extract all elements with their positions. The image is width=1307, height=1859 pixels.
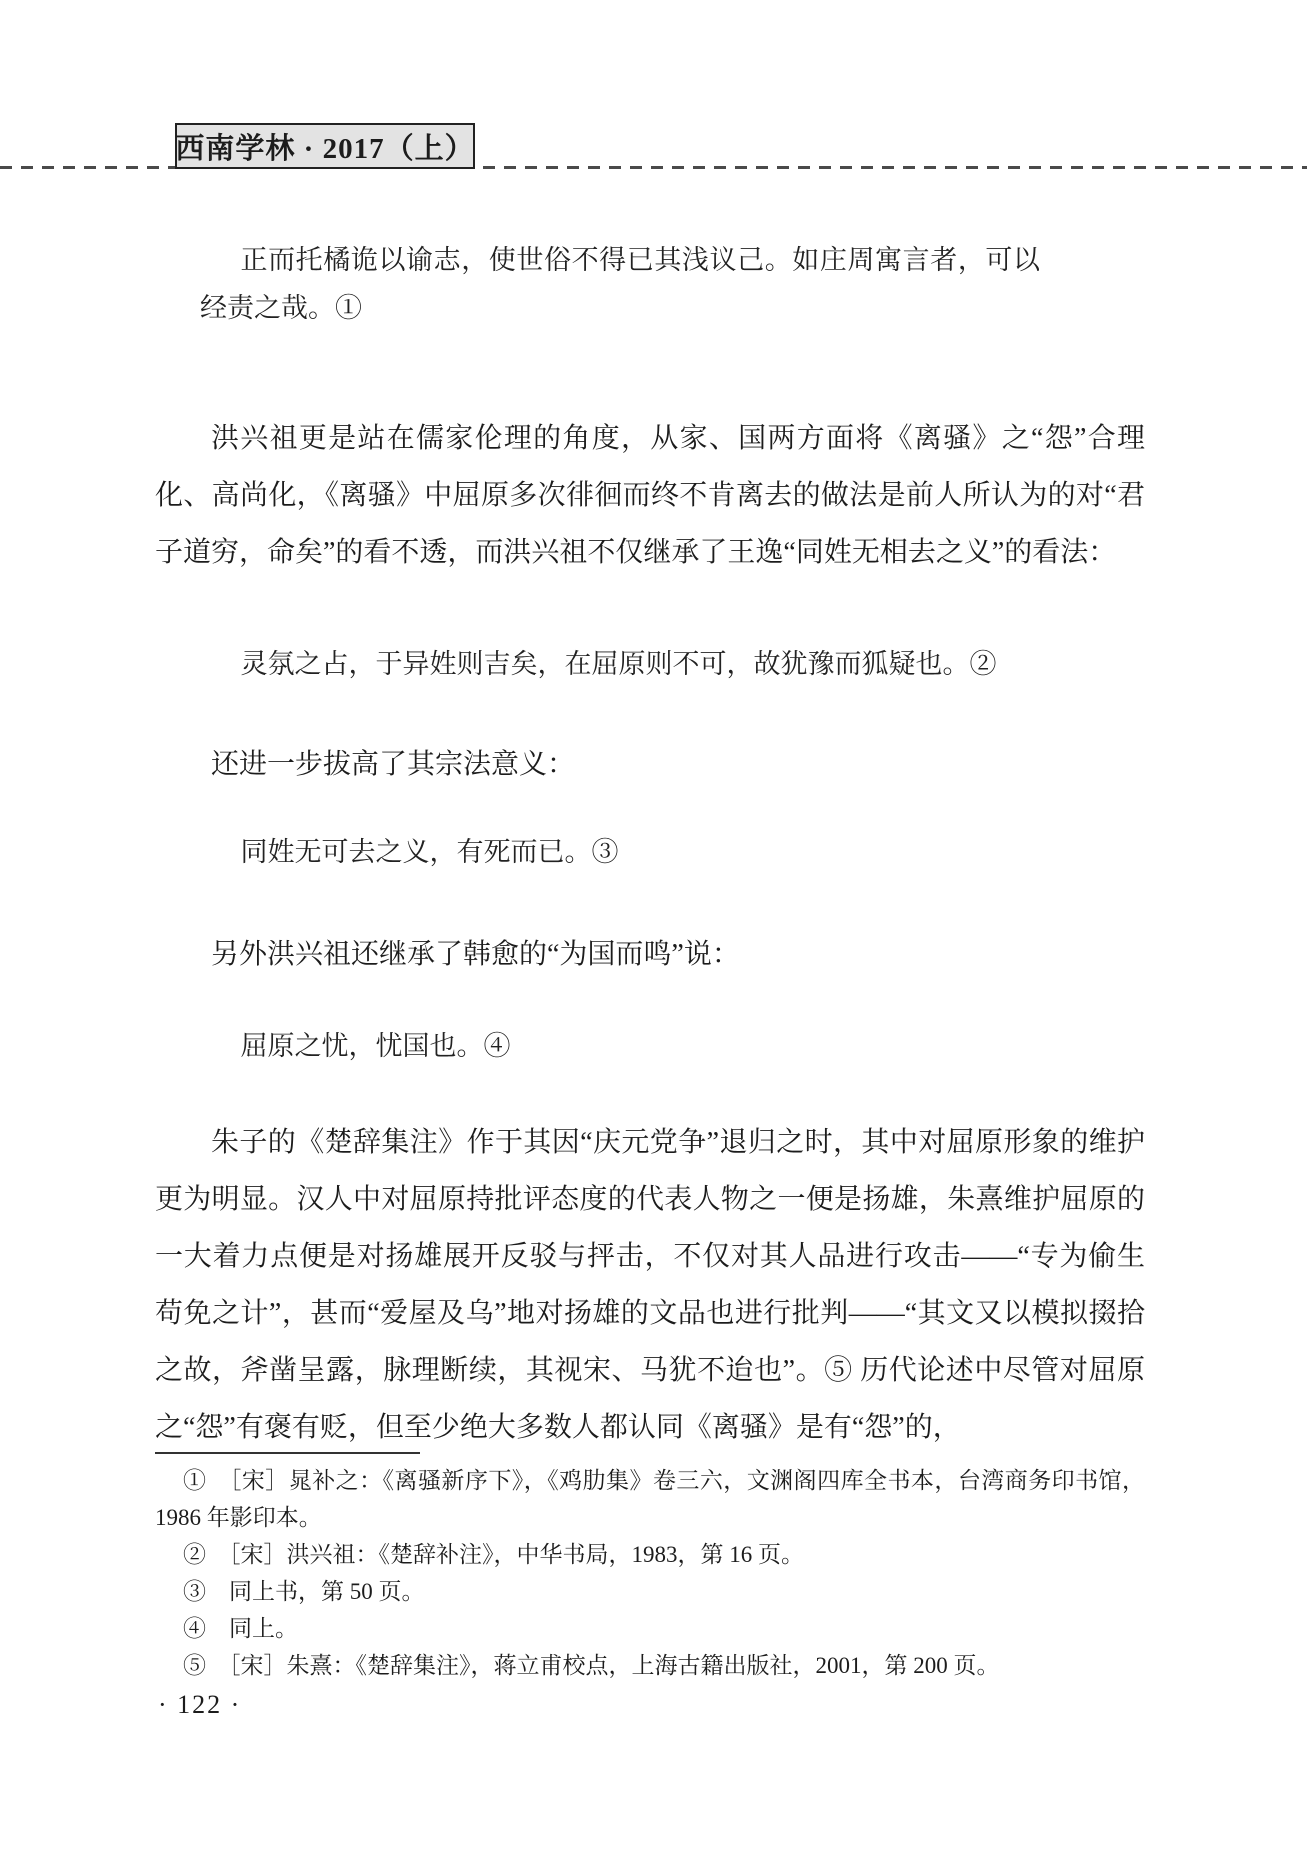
page-number: · 122 · <box>158 1690 241 1720</box>
block-quote-1: 正而托橘诡以谕志，使世俗不得已其浅议己。如庄周寓言者，可以经责之哉。① <box>200 236 1040 332</box>
footnotes-section: ① ［宋］晁补之：《离骚新序下》，《鸡肋集》卷三六，文渊阁四库全书本，台湾商务印… <box>155 1462 1145 1684</box>
journal-header-box: 西南学林 · 2017（上） <box>175 123 475 169</box>
block-quote-2: 灵氛之占，于异姓则吉矣，在屈原则不可，故犹豫而狐疑也。② <box>200 640 1040 688</box>
body-paragraph-4: 朱子的《楚辞集注》作于其因“庆元党争”退归之时，其中对屈原形象的维护更为明显。汉… <box>155 1114 1145 1456</box>
footnote-item-5: ⑤ ［宋］朱熹：《楚辞集注》，蒋立甫校点，上海古籍出版社，2001，第 200 … <box>155 1647 1145 1684</box>
footnote-item-4: ④ 同上。 <box>155 1610 1145 1647</box>
journal-title: 西南学林 · 2017（上） <box>175 126 474 167</box>
body-paragraph-1: 洪兴祖更是站在儒家伦理的角度，从家、国两方面将《离骚》之“怨”合理化、高尚化，《… <box>155 410 1145 581</box>
footnote-item-2: ② ［宋］洪兴祖：《楚辞补注》，中华书局，1983，第 16 页。 <box>155 1536 1145 1573</box>
scanned-document-page: 西南学林 · 2017（上） 正而托橘诡以谕志，使世俗不得已其浅议己。如庄周寓言… <box>0 0 1307 1859</box>
block-quote-4: 屈原之忧，忧国也。④ <box>200 1022 1040 1070</box>
block-quote-3: 同姓无可去之义，有死而已。③ <box>200 828 1040 876</box>
footnote-item-3: ③ 同上书，第 50 页。 <box>155 1573 1145 1610</box>
body-paragraph-2: 还进一步拔高了其宗法意义： <box>155 736 1145 793</box>
footnote-separator-rule <box>155 1452 420 1454</box>
body-paragraph-3: 另外洪兴祖还继承了韩愈的“为国而鸣”说： <box>155 926 1145 983</box>
footnote-item-1: ① ［宋］晁补之：《离骚新序下》，《鸡肋集》卷三六，文渊阁四库全书本，台湾商务印… <box>155 1462 1145 1536</box>
